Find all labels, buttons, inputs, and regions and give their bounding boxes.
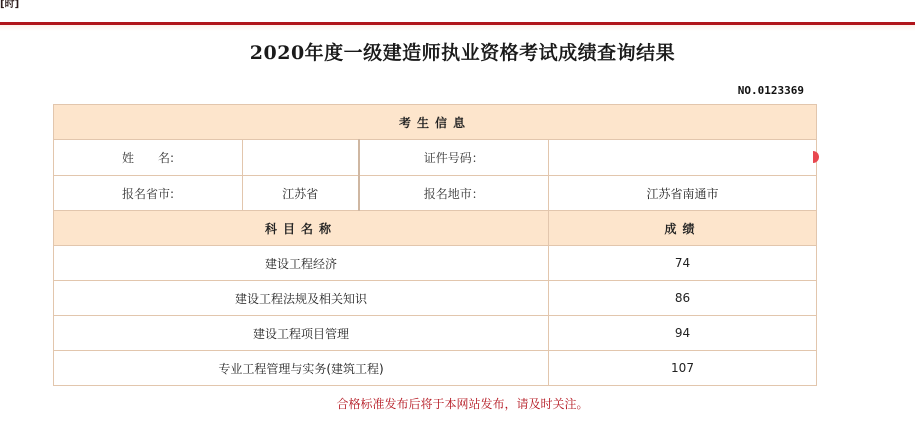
province-value: 江苏省 [243, 176, 359, 211]
notice-text: 合格标准发布后将于本网站发布，请及时关注。 [0, 395, 915, 412]
id-number-label: 证件号码： [359, 140, 549, 176]
candidate-info-header-row: 考生信息 [54, 105, 817, 140]
score-header: 成绩 [549, 211, 817, 246]
subject-name: 建设工程法规及相关知识 [54, 281, 549, 316]
score-header-row: 科目名称 成绩 [54, 211, 817, 246]
name-value [243, 140, 359, 176]
page-title: 2020年度一级建造师执业资格考试成绩查询结果 [0, 38, 915, 65]
subject-score: 94 [549, 316, 817, 351]
region-row: 报名省市: 江苏省 报名地市： 江苏省南通市 [54, 176, 817, 211]
score-table: 考生信息 姓 名: 证件号码： 报名省市: 江苏省 报名地市： 江苏省南通市 科… [53, 104, 817, 386]
record-number: NO.0123369 [738, 84, 804, 97]
subject-name: 建设工程项目管理 [54, 316, 549, 351]
name-id-row: 姓 名: 证件号码： [54, 140, 817, 176]
header-divider-shadow [0, 25, 915, 31]
id-number-value [549, 140, 817, 176]
province-label: 报名省市: [54, 176, 243, 211]
table-row: 建设工程法规及相关知识 86 [54, 281, 817, 316]
subject-name: 建设工程经济 [54, 246, 549, 281]
subject-name-header: 科目名称 [54, 211, 549, 246]
edge-marker-icon [813, 151, 819, 163]
name-label: 姓 名: [54, 140, 243, 176]
city-value: 江苏省南通市 [549, 176, 817, 211]
subject-score: 107 [549, 351, 817, 386]
subject-name: 专业工程管理与实务(建筑工程) [54, 351, 549, 386]
top-tag: [时] [0, 0, 19, 10]
table-row: 专业工程管理与实务(建筑工程) 107 [54, 351, 817, 386]
table-row: 建设工程项目管理 94 [54, 316, 817, 351]
candidate-info-heading: 考生信息 [54, 105, 817, 140]
table-row: 建设工程经济 74 [54, 246, 817, 281]
subject-score: 74 [549, 246, 817, 281]
city-label: 报名地市： [359, 176, 549, 211]
subject-score: 86 [549, 281, 817, 316]
